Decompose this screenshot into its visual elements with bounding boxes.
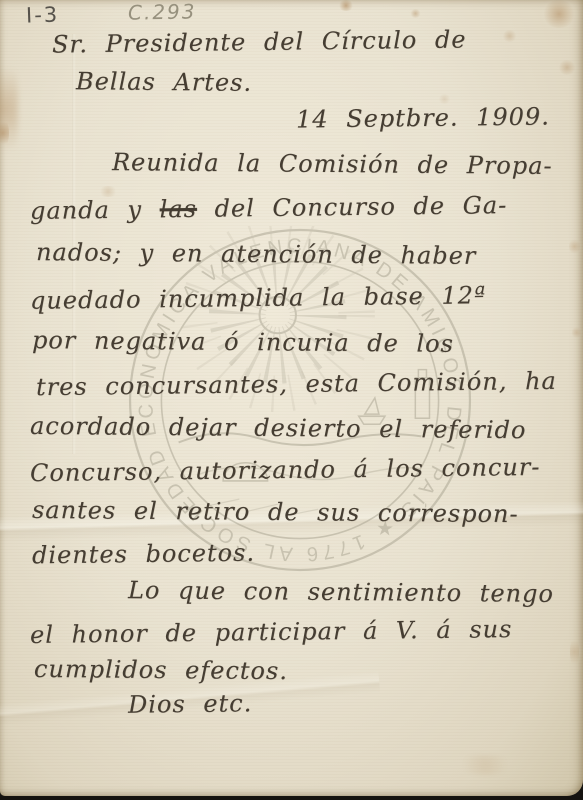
foxing-spot xyxy=(558,60,576,75)
foxing-spot xyxy=(338,0,354,11)
body-text: ganda y xyxy=(30,195,160,225)
body-line: por negativa ó incuria de los xyxy=(32,326,454,358)
body-line: el honor de participar á V. á sus xyxy=(30,615,513,649)
foxing-spot xyxy=(542,0,576,28)
foxing-spot xyxy=(572,326,581,339)
body-line: ganda y las del Concurso de Ga- xyxy=(30,191,508,225)
body-line: Reunida la Comisión de Propa- xyxy=(112,148,553,180)
struck-word: las xyxy=(159,195,197,223)
foxing-spot xyxy=(570,636,579,668)
body-line: acordado dejar desierto el referido xyxy=(30,412,527,444)
body-line: dientes bocetos. xyxy=(32,539,255,570)
paper-sheet: REAL SOCIEDAD ECONÓMICA VALENCIANA DE AM… xyxy=(0,0,583,796)
recipient-line: Sr. Presidente del Círculo de xyxy=(52,25,467,58)
body-text: del Concurso de Ga- xyxy=(197,191,508,223)
edge-stain xyxy=(0,50,18,168)
body-line: nados; y en atención de haber xyxy=(36,238,477,270)
foxing-spot xyxy=(502,30,517,42)
recipient-line: Bellas Artes. xyxy=(76,67,252,97)
catalog-annotation: C.293 xyxy=(128,0,197,25)
body-line: quedado incumplida la base 12ª xyxy=(30,281,487,315)
closing-line: Dios etc. xyxy=(128,689,253,719)
foxing-spot xyxy=(455,755,515,775)
foxing-spot xyxy=(410,9,421,18)
inventory-annotation: I-3 xyxy=(26,2,60,27)
body-line: cumplidos efectos. xyxy=(34,655,288,685)
body-line: santes el retiro de sus correspon- xyxy=(32,496,519,528)
date-line: 14 Septbre. 1909. xyxy=(296,102,550,133)
scanned-letter-page: REAL SOCIEDAD ECONÓMICA VALENCIANA DE AM… xyxy=(0,0,583,800)
body-line: Lo que con sentimiento tengo xyxy=(128,576,554,608)
foxing-spot xyxy=(438,94,451,104)
foxing-spot xyxy=(569,238,580,255)
